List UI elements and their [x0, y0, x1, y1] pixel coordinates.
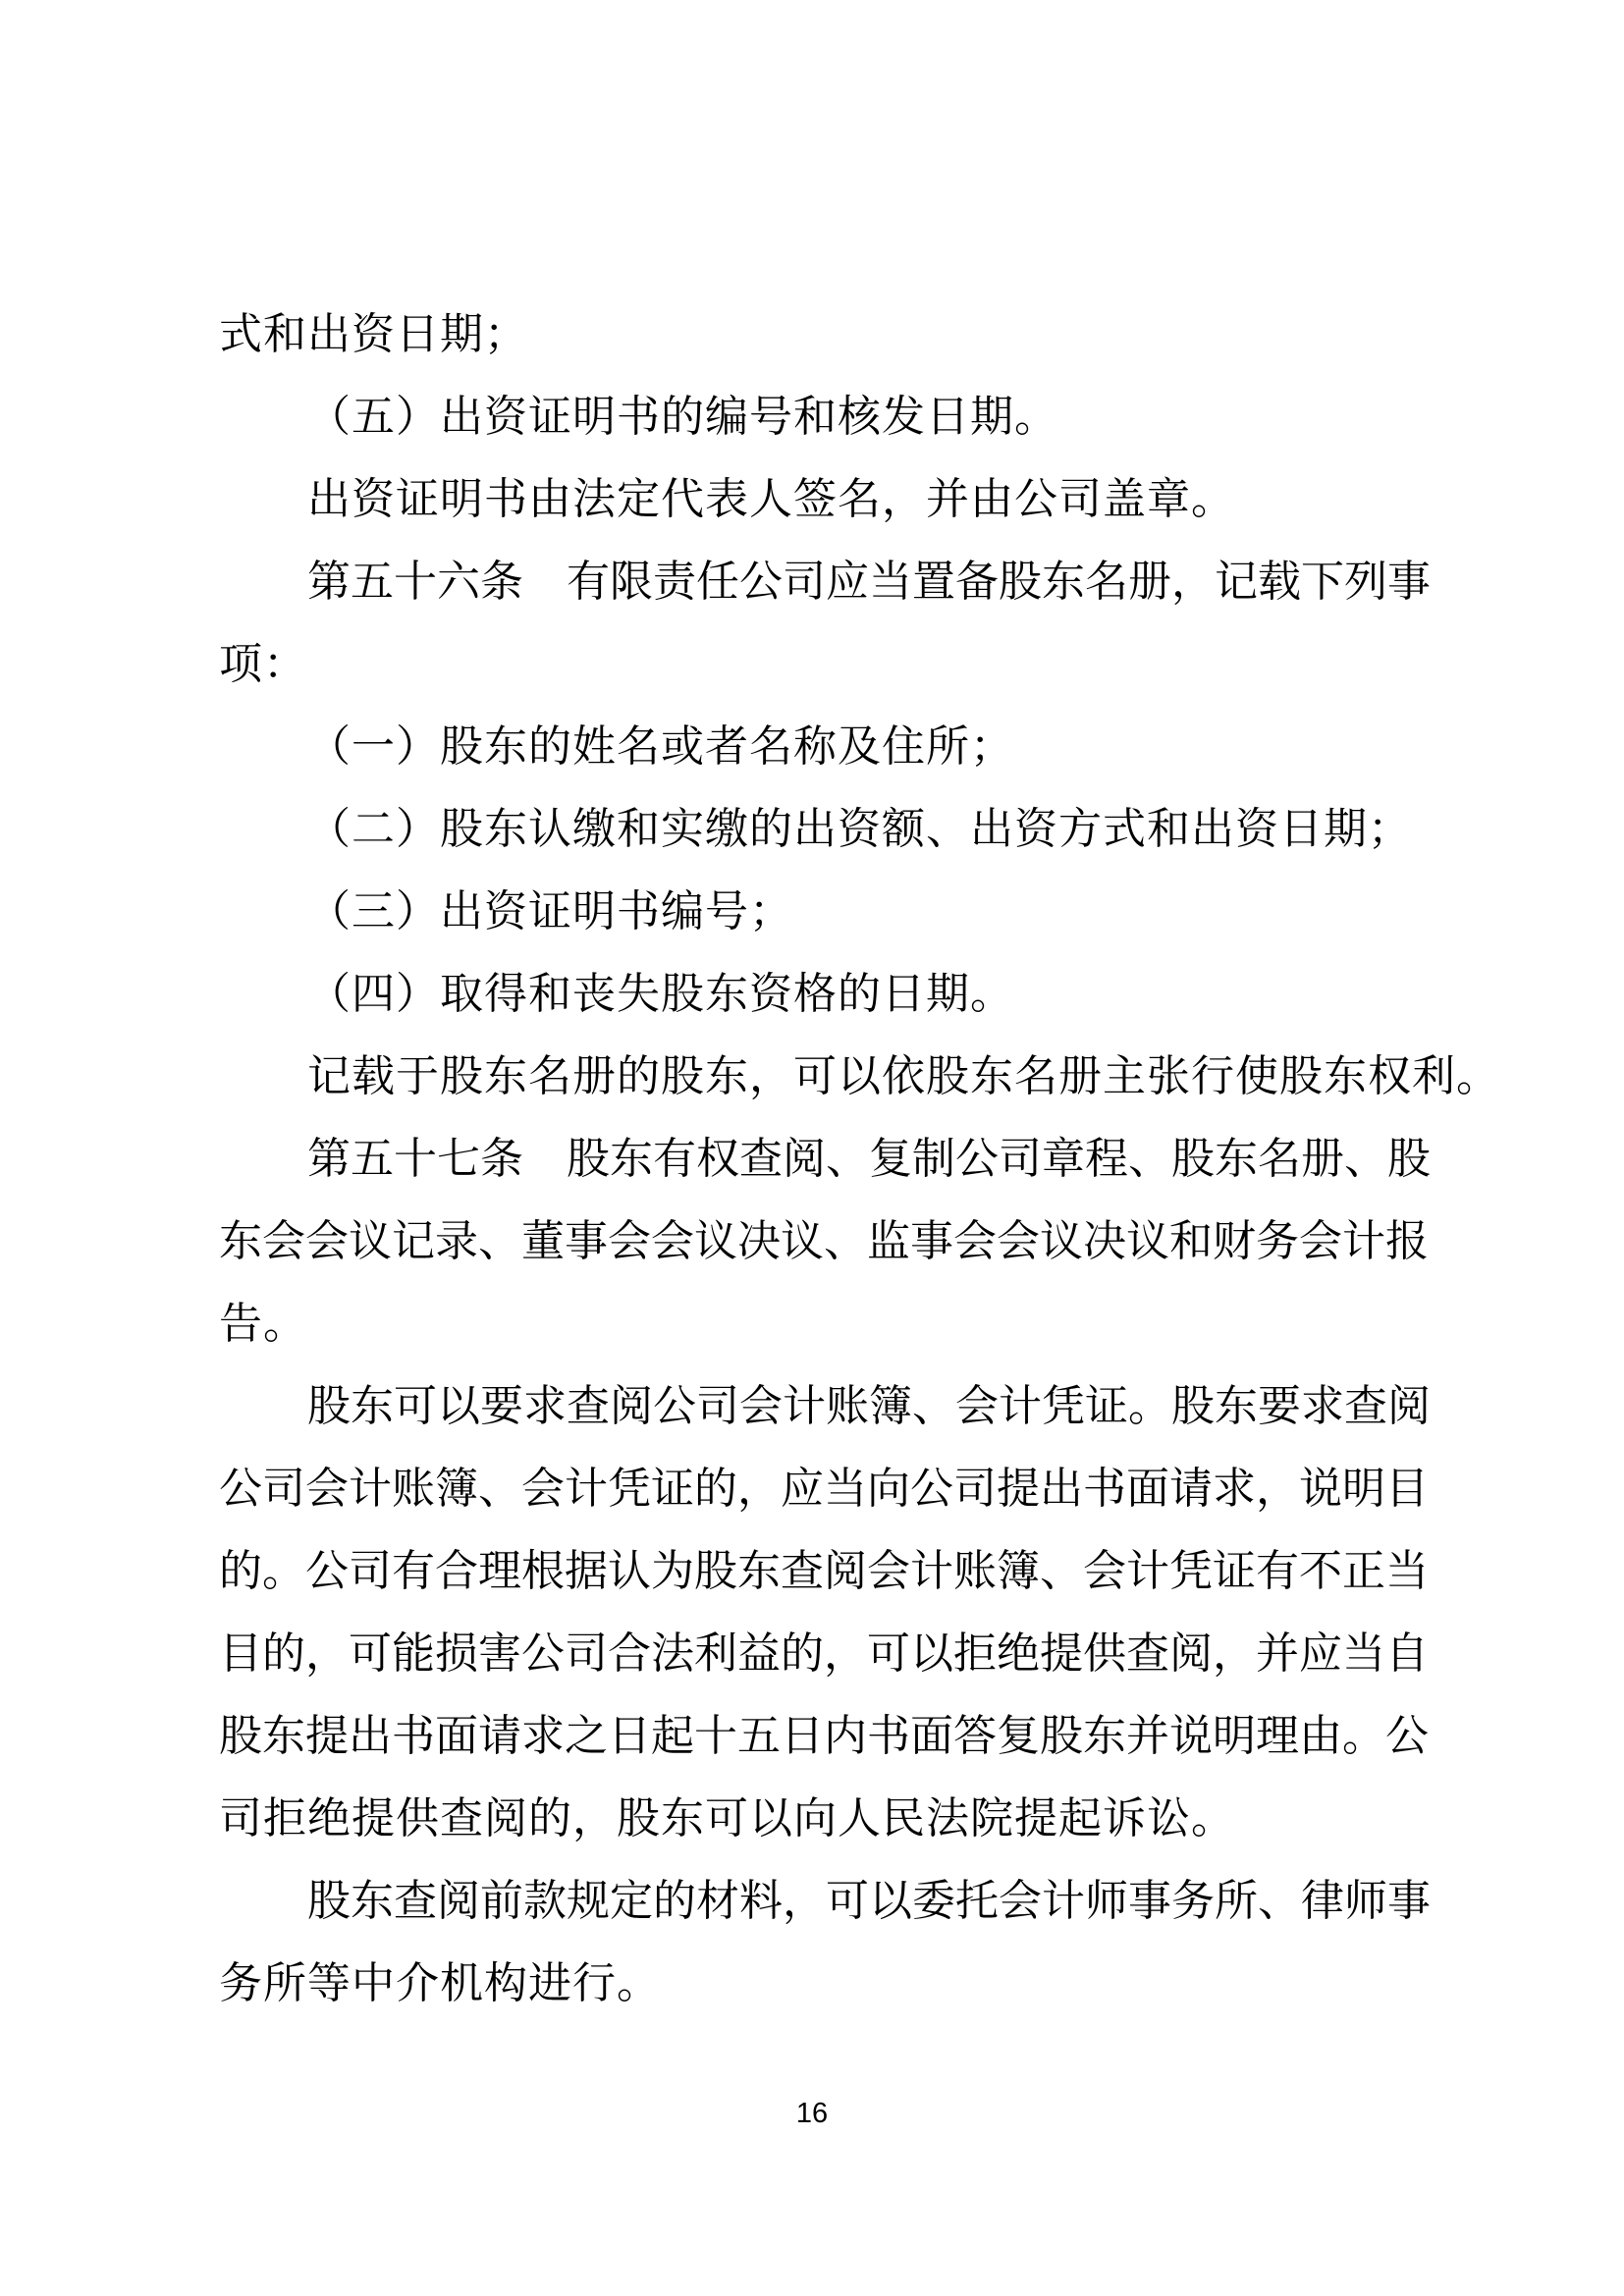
text-line: 司拒绝提供查阅的，股东可以向人民法院提起诉讼。 [219, 1778, 1421, 1860]
text-line: 式和出资日期； [219, 294, 1421, 376]
text-line: 公司会计账簿、会计凭证的，应当向公司提出书面请求，说明目 [219, 1448, 1421, 1530]
text-line: 的。公司有合理根据认为股东查阅会计账簿、会计凭证有不正当 [219, 1530, 1421, 1613]
text-line: 股东可以要求查阅公司会计账簿、会计凭证。股东要求查阅 [219, 1365, 1421, 1448]
text-line: 项： [219, 623, 1421, 706]
text-line: （四）取得和丧失股东资格的日期。 [219, 953, 1421, 1036]
text-line: （一）股东的姓名或者名称及住所； [219, 706, 1421, 788]
text-line: 目的，可能损害公司合法利益的，可以拒绝提供查阅，并应当自 [219, 1613, 1421, 1695]
document-body: 式和出资日期； （五）出资证明书的编号和核发日期。 出资证明书由法定代表人签名，… [219, 294, 1421, 2025]
text-line: 第五十七条 股东有权查阅、复制公司章程、股东名册、股 [219, 1118, 1421, 1201]
text-line: 告。 [219, 1283, 1421, 1365]
text-line: 记载于股东名册的股东，可以依股东名册主张行使股东权利。 [219, 1036, 1421, 1118]
text-line: 出资证明书由法定代表人签名，并由公司盖章。 [219, 458, 1421, 541]
text-line: （三）出资证明书编号； [219, 871, 1421, 953]
text-line: （五）出资证明书的编号和核发日期。 [219, 376, 1421, 458]
text-line: 股东查阅前款规定的材料，可以委托会计师事务所、律师事 [219, 1860, 1421, 1943]
text-line: 东会会议记录、董事会会议决议、监事会会议决议和财务会计报 [219, 1201, 1421, 1283]
text-line: 务所等中介机构进行。 [219, 1943, 1421, 2025]
text-line: （二）股东认缴和实缴的出资额、出资方式和出资日期； [219, 788, 1421, 871]
text-line: 第五十六条 有限责任公司应当置备股东名册，记载下列事 [219, 541, 1421, 623]
text-line: 股东提出书面请求之日起十五日内书面答复股东并说明理由。公 [219, 1695, 1421, 1778]
page-number: 16 [0, 2097, 1624, 2130]
document-page: 式和出资日期； （五）出资证明书的编号和核发日期。 出资证明书由法定代表人签名，… [0, 0, 1624, 2296]
